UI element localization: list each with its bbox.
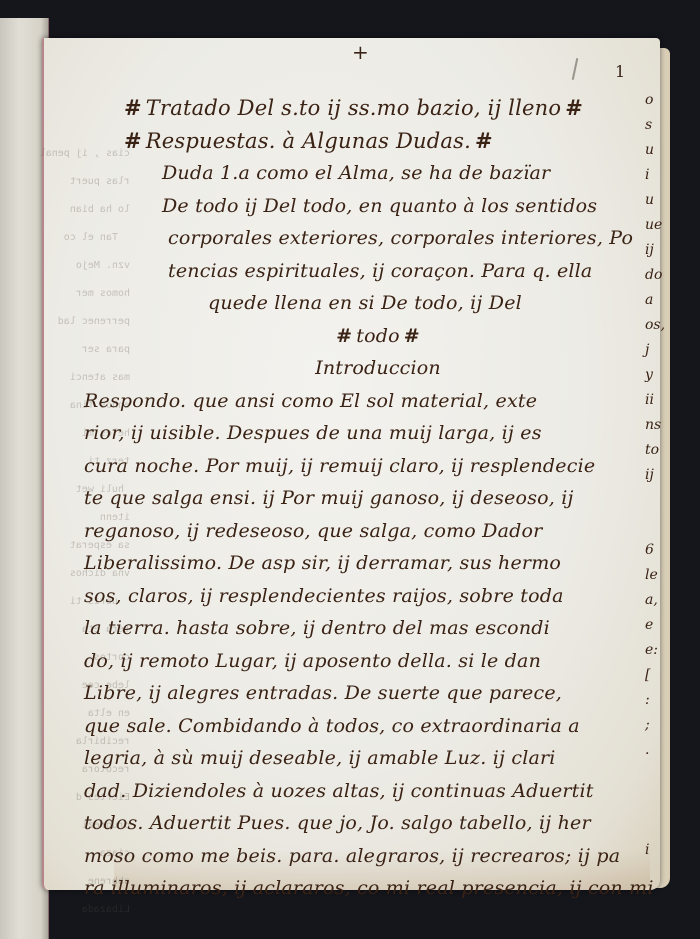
body-line: Liberalissimo. De asp sir, ij derramar, … [84,547,638,580]
body-line: la tierra. hasta sobre, ij dentro del ma… [84,612,638,645]
body-line: todos. Aduertit Pues. que jo, Jo. salgo … [84,807,638,840]
question-line: corporales exteriores, corporales interi… [118,222,638,255]
paragraph-ornament-icon: # [124,95,142,120]
body-line: do, ij remoto Lugar, ij aposento della. … [84,645,638,678]
body-line: cura noche. Por muij, ij remuij claro, i… [84,450,638,483]
question-line: De todo ij Del todo, en quanto à los sen… [118,190,638,223]
body-line: te que salga ensi. ij Por muij ganoso, i… [84,482,638,515]
paragraph-ornament-icon: # [336,325,352,347]
body-line: sos, claros, ij resplendecientes raijos,… [84,580,638,613]
body-line: Libre, ij alegres entradas. De suerte qu… [84,677,638,710]
paragraph-ornament-icon: # [404,325,420,347]
question-line: Duda 1.a como el Alma, se ha de bazïar [118,157,638,190]
body-line: Respondo. que ansi como El sol material,… [84,385,638,418]
paragraph-ornament-icon: # [124,128,142,153]
title-line-1: #Tratado Del s.to ij ss.mo bazio, ij lle… [118,92,638,125]
question-line: quede llena en si De todo, ij Del [118,287,638,320]
paragraph-ornament-icon: # [565,95,583,120]
body-line: legria, à sù muij deseable, ij amable Lu… [84,742,638,775]
body-line: moso como me beis. para. alegraros, ij r… [84,840,638,873]
body-line: dad. Diziendoles à uozes altas, ij conti… [84,775,638,808]
title-line-2: #Respuestas. à Algunas Dudas.# [118,125,638,158]
question-line: tencias espirituales, ij coraçon. Para q… [118,255,638,288]
body-line: reganoso, ij redeseoso, que salga, como … [84,515,638,548]
body-line: que sale. Combidando à todos, co extraor… [84,710,638,743]
next-page-margin-letters: o s u i u ue ij do a os, j y ii ns to ij… [645,88,665,863]
section-heading: Introduccion [118,352,638,385]
question-line-end: #todo# [118,320,638,353]
folio-number: 1 [615,62,625,81]
body-paragraph: Respondo. que ansi como El sol material,… [84,385,638,905]
manuscript-text: #Tratado Del s.to ij ss.mo bazio, ij lle… [118,92,638,905]
cross-mark: + [352,40,369,64]
body-line: ra illuminaros, ij aclararos, co mi real… [84,872,638,905]
body-line: rior, ij uisible. Despues de una muij la… [84,417,638,450]
paragraph-ornament-icon: # [475,128,493,153]
